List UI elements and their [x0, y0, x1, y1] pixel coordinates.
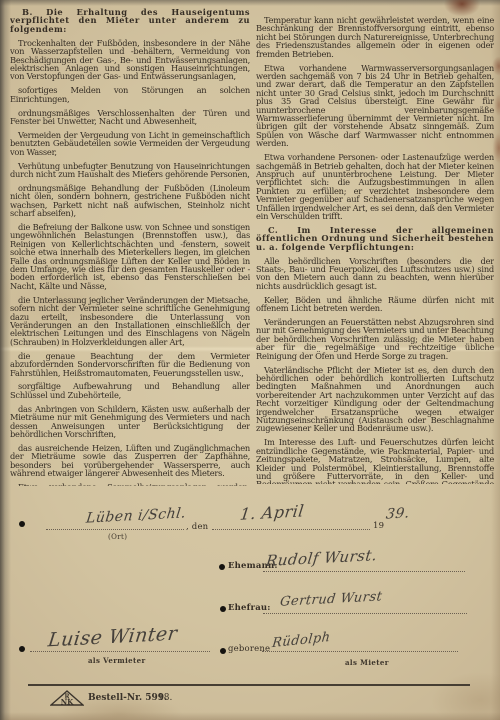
edition-number: 18. [158, 693, 172, 703]
ort-caption: (Ort) [108, 533, 127, 541]
bullet-dot [220, 648, 226, 654]
paragraph: das Anbringen von Schildern, Kästen usw.… [10, 405, 250, 439]
paragraph: Verhütung unbefugter Benutzung von Hause… [10, 162, 250, 179]
vermieter-signature: Luise Winter [47, 623, 179, 652]
order-number: Bestell-Nr. 599. [88, 693, 167, 703]
geborene-handwritten: Rüdolph [271, 630, 331, 651]
place-signature: Lüben i/Schl. [85, 505, 187, 526]
paragraph: Etwa vorhandene Warmwasserversorgungsanl… [256, 64, 494, 148]
bullet-dot [219, 564, 225, 570]
mieter-caption: als Mieter [345, 658, 389, 667]
vermieter-line [30, 651, 210, 652]
paragraph: Temperatur kann nicht gewährleistet werd… [256, 16, 494, 58]
paragraph: die Unterlassung jeglicher Veränderungen… [10, 296, 250, 346]
paragraph: ordnungsmäßiges Verschlossenhalten der T… [10, 109, 250, 126]
paragraph: Etwa vorhandene Personen- oder Lastenauf… [256, 153, 494, 220]
vermieter-caption: als Vermieter [88, 656, 146, 665]
ehefrau-signature: Gertrud Wurst [279, 589, 383, 609]
date-signature: 1. April [239, 501, 305, 524]
ehefrau-line [263, 613, 467, 614]
paragraph: die genaue Beachtung der dem Vermieter a… [10, 352, 250, 377]
paragraph: B. Die Erhaltung des Hauseigentums verpf… [10, 8, 250, 33]
paragraph: Vaterländische Pflicht der Mieter ist es… [256, 366, 494, 433]
paragraph: Im Interesse des Luft- und Feuerschutzes… [256, 438, 494, 484]
left-text-column: B. Die Erhaltung des Hauseigentums verpf… [10, 8, 250, 486]
paragraph: sofortiges Melden von Störungen an solch… [10, 86, 250, 103]
ehemann-signature: Rudolf Wurst. [265, 546, 378, 570]
paragraph: Keller, Böden und ähnliche Räume dürfen … [256, 296, 494, 313]
year-prefix: 19 [373, 521, 384, 531]
paragraph: Vermeiden der Vergeudung von Licht in ge… [10, 131, 250, 156]
date-dotted-line [212, 529, 370, 530]
paragraph: C. Im Interesse der allgemeinen öffentli… [256, 226, 494, 251]
den-label: , den [186, 522, 208, 532]
bullet-dot [19, 521, 25, 527]
right-text-column: Temperatur kann nicht gewährleistet werd… [256, 16, 494, 484]
bullet-dot [220, 606, 226, 612]
publisher-logo-icon: R NK [50, 690, 84, 707]
paragraph: Veränderungen an Feuerstätten nebst Abzu… [256, 318, 494, 360]
paragraph: Trockenhalten der Fußböden, insbesondere… [10, 39, 250, 81]
place-line [46, 529, 184, 530]
logo-letters-bottom: NK [61, 698, 74, 707]
bullet-dot [19, 646, 25, 652]
paragraph: das ausreichende Heizen, Lüften und Zugä… [10, 444, 250, 478]
paragraph: die Befreiung der Balkone usw. von Schne… [10, 223, 250, 290]
paragraph: ordnungsmäßige Behandlung der Fußböden (… [10, 184, 250, 218]
ehefrau-label: Ehefrau: [228, 603, 271, 613]
geborene-label: geborene [228, 644, 270, 654]
paragraph: sorgfältige Aufbewahrung und Behandlung … [10, 382, 250, 399]
year-signature: 39. [385, 505, 411, 522]
footer-rule [28, 684, 470, 686]
geborene-line [262, 651, 458, 652]
paragraph: Etwa vorhandene Sammelheizungsanlagen we… [10, 483, 250, 486]
paragraph: Alle behördlichen Vorschriften (besonder… [256, 257, 494, 291]
ehemann-line [263, 571, 465, 572]
document-page: B. Die Erhaltung des Hauseigentums verpf… [0, 0, 500, 720]
